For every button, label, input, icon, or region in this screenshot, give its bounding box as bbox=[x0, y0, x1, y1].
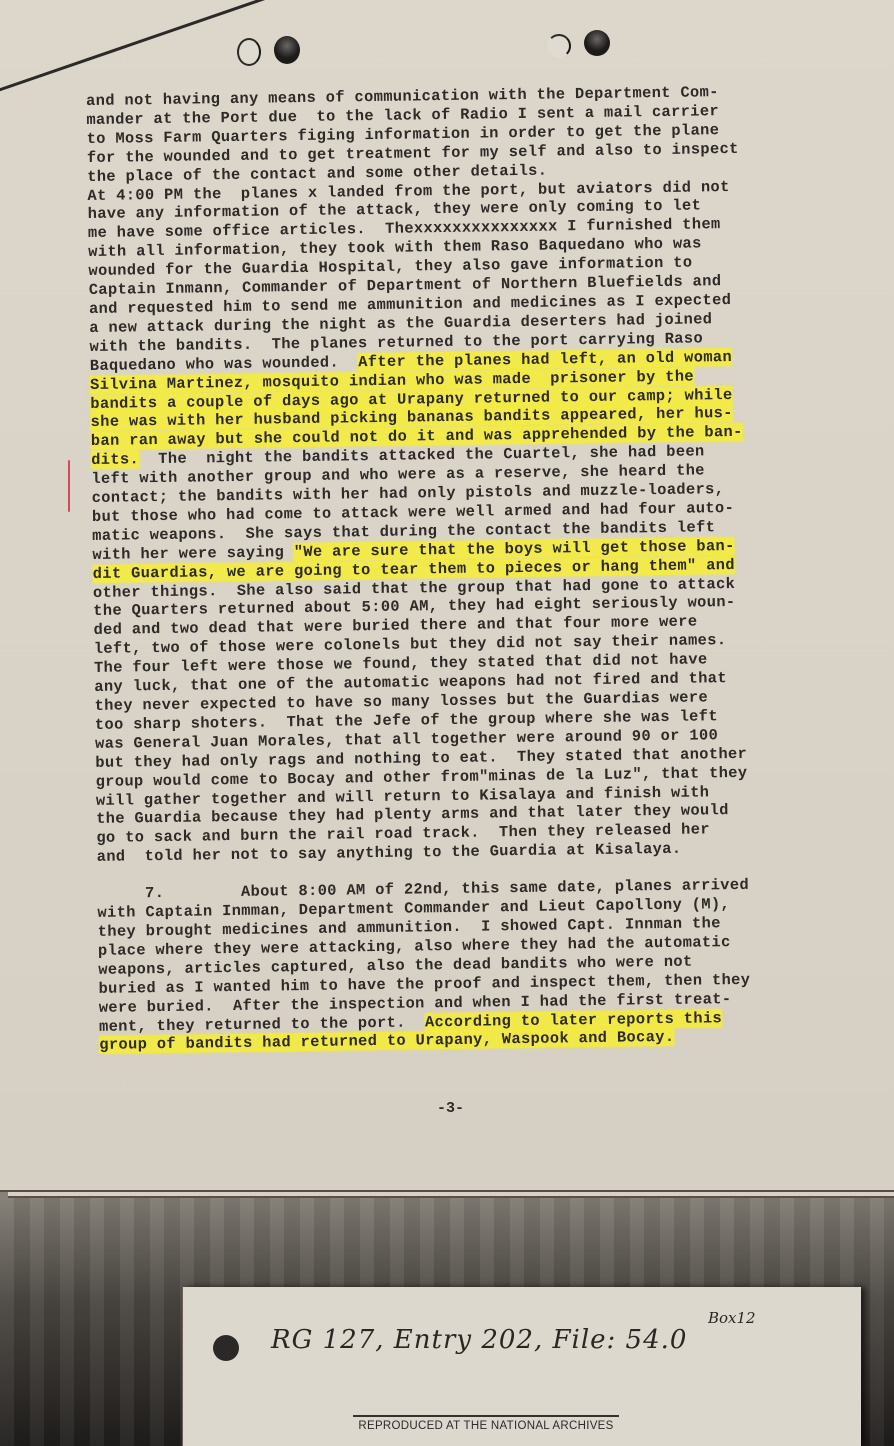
page-number: -3- bbox=[437, 1100, 464, 1117]
paragraph-7: 7. About 8:00 AM of 22nd, this same date… bbox=[97, 874, 889, 1055]
punch-hole-icon bbox=[274, 36, 300, 64]
punch-hole-icon bbox=[584, 30, 610, 56]
typewritten-body: and not having any means of communicatio… bbox=[86, 81, 889, 1055]
highlighted-text: dits. bbox=[91, 451, 139, 470]
punch-hole-icon bbox=[237, 38, 261, 66]
handwritten-reference: RG 127, Entry 202, File: 54.0 bbox=[271, 1325, 687, 1355]
page-fold-edge bbox=[0, 0, 265, 98]
document-page: and not having any means of communicatio… bbox=[0, 0, 894, 1192]
archive-label-card: RG 127, Entry 202, File: 54.0 Box12 REPR… bbox=[182, 1287, 861, 1446]
red-margin-mark bbox=[68, 460, 70, 512]
punch-hole-icon bbox=[547, 34, 571, 58]
box-note: Box12 bbox=[708, 1309, 756, 1327]
national-archives-stamp: REPRODUCED AT THE NATIONAL ARCHIVES bbox=[353, 1415, 619, 1432]
paragraph-6: and not having any means of communicatio… bbox=[86, 81, 887, 867]
line-text: with her were saying bbox=[92, 543, 294, 564]
punch-hole-icon bbox=[213, 1335, 239, 1361]
